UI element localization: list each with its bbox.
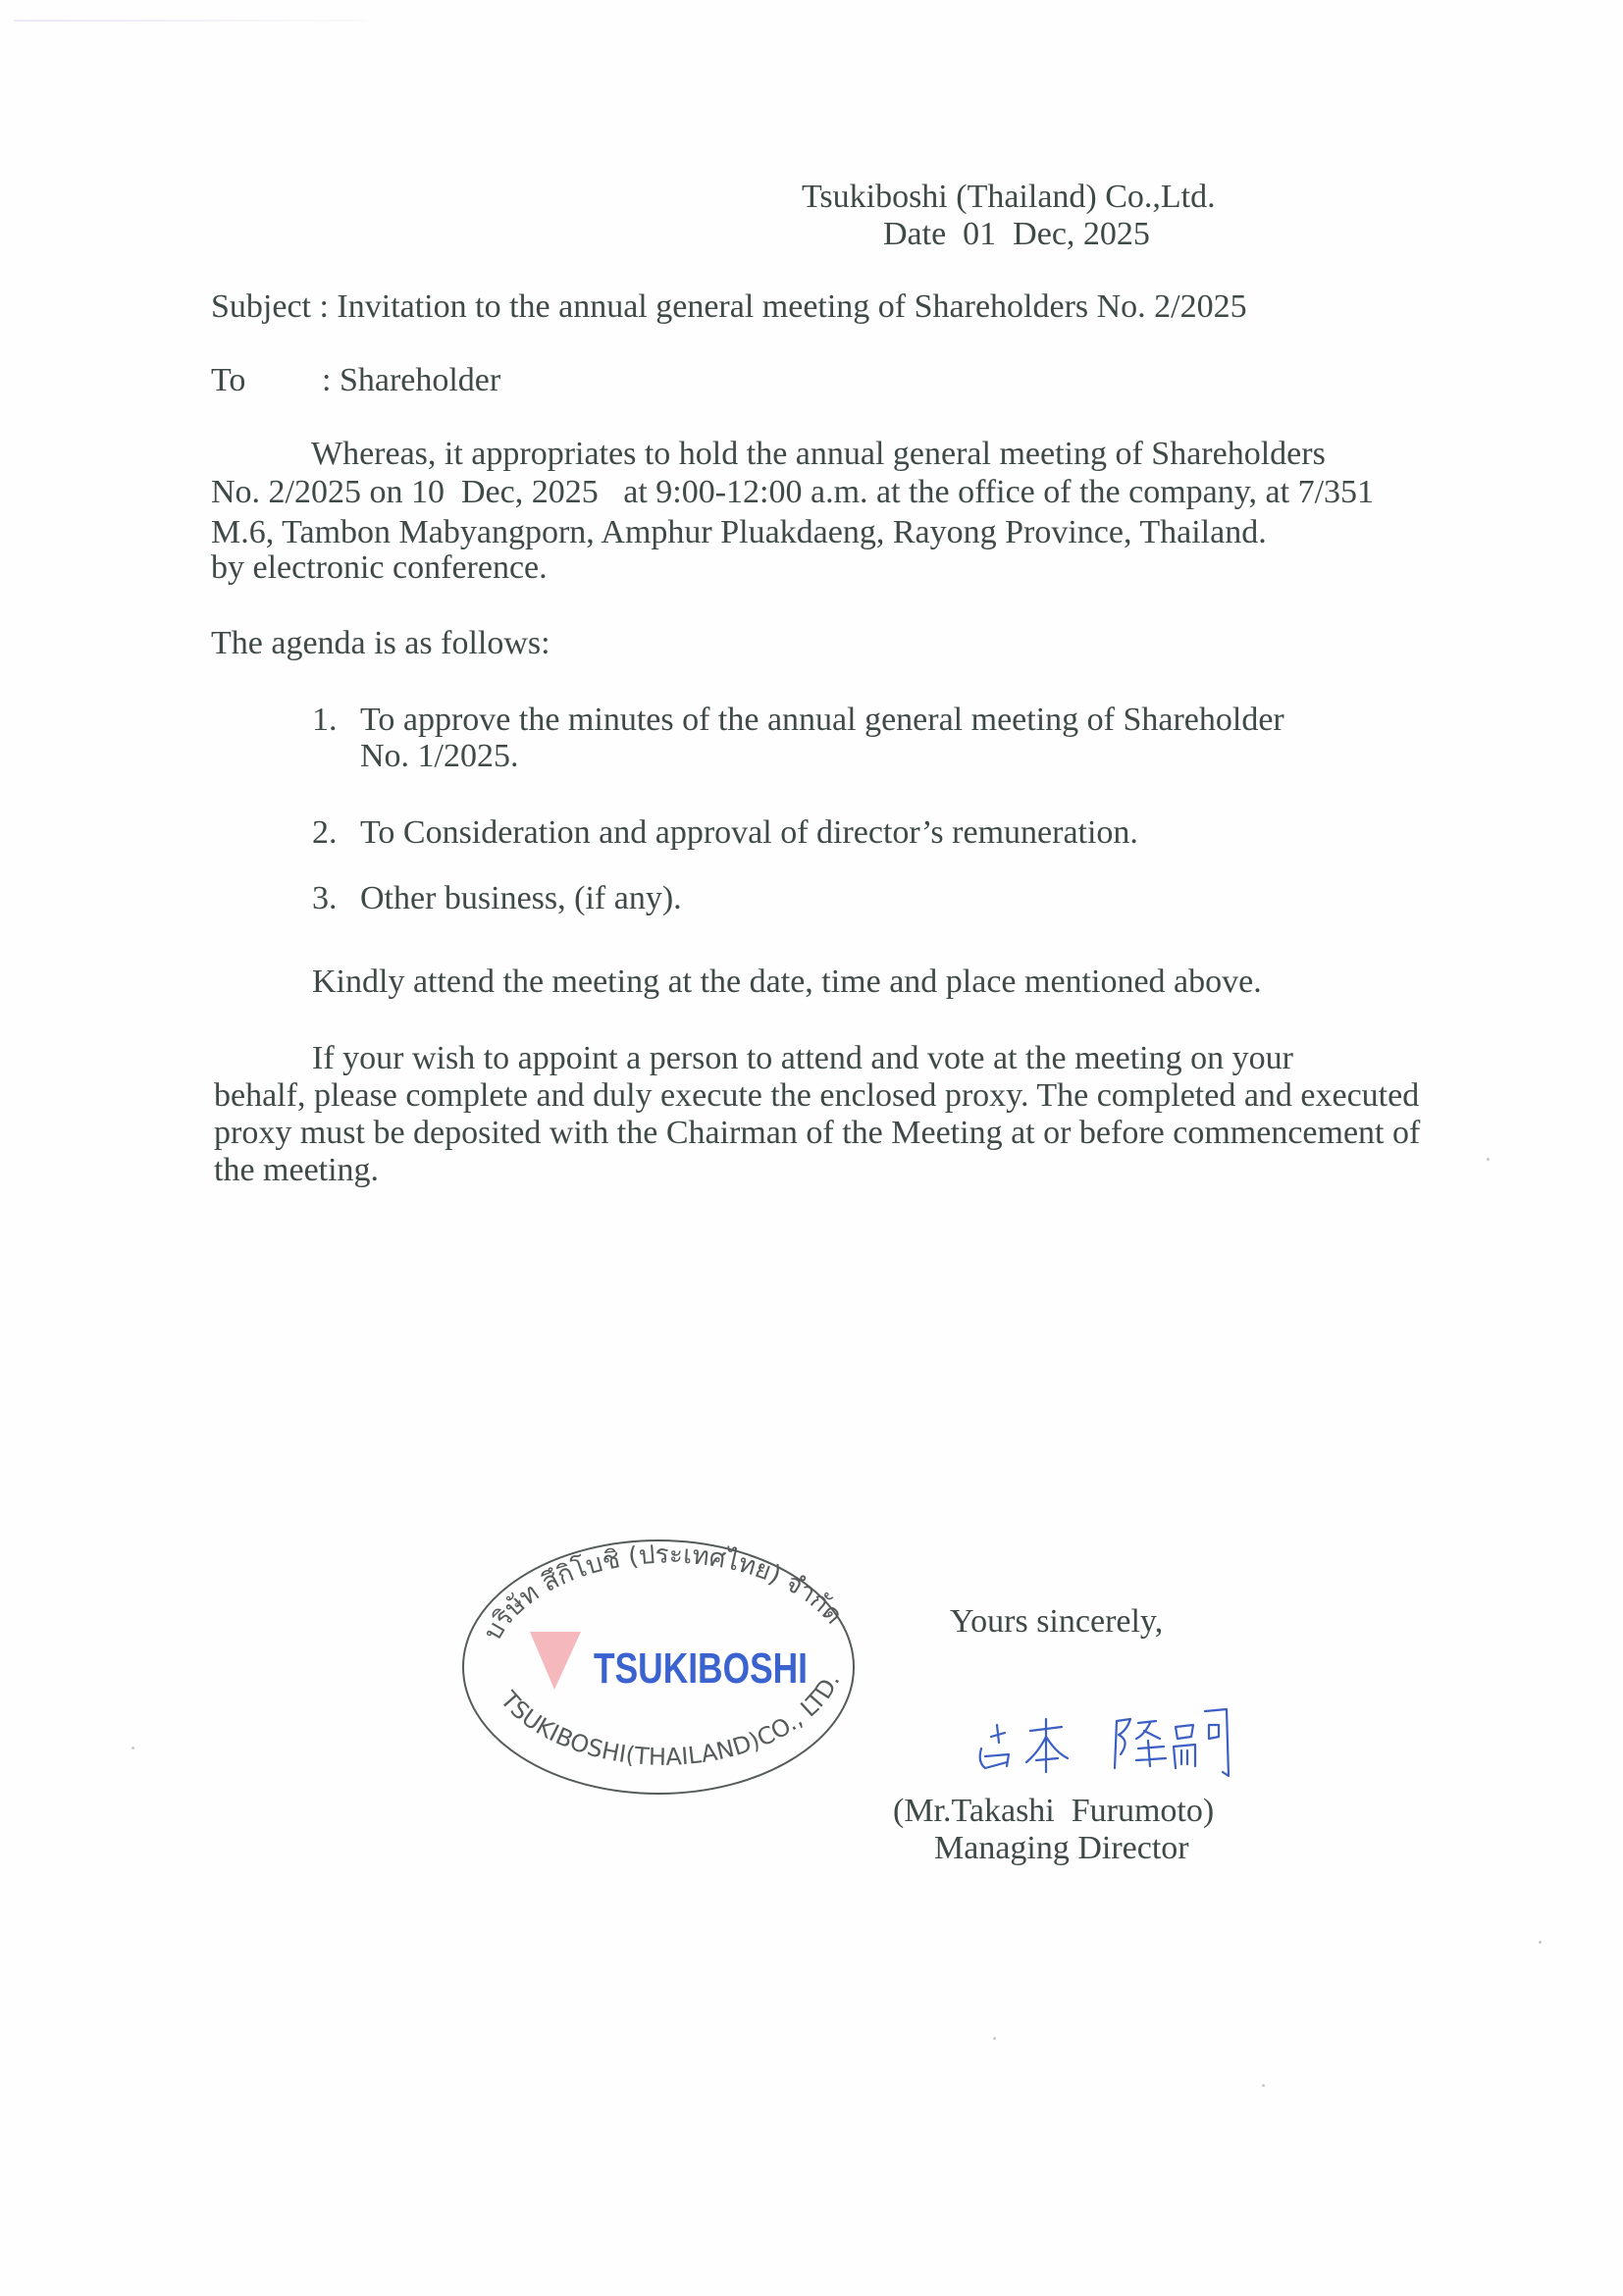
scan-artifact: [14, 20, 367, 22]
stamp-thai-text: บริษัท สึกิโบชิ (ประเทศไทย) จำกัด: [478, 1540, 848, 1646]
intro-line-4: by electronic conference.: [211, 551, 548, 585]
attend-note: Kindly attend the meeting at the date, t…: [312, 965, 1262, 999]
scan-speck: [993, 2037, 996, 2040]
scan-speck: [1487, 1158, 1490, 1161]
handwritten-signature: [971, 1697, 1236, 1781]
agenda-item-2-line-1: To Consideration and approval of directo…: [360, 816, 1138, 850]
stamp-logo-text: TSUKIBOSHI: [594, 1644, 808, 1693]
letter-date: Date 01 Dec, 2025: [883, 218, 1150, 251]
intro-line-3: M.6, Tambon Mabyangporn, Amphur Pluakdae…: [211, 516, 1267, 549]
agenda-item-3-line-1: Other business, (if any).: [360, 882, 682, 915]
proxy-line-3: proxy must be deposited with the Chairma…: [214, 1117, 1420, 1150]
agenda-heading: The agenda is as follows:: [211, 627, 550, 660]
signatory-name: (Mr.Takashi Furumoto): [893, 1795, 1214, 1828]
agenda-item-2-number: 2.: [312, 816, 338, 850]
company-seal-stamp: บริษัท สึกิโบชิ (ประเทศไทย) จำกัด TSUKIB…: [432, 1511, 883, 1825]
agenda-item-1-number: 1.: [312, 704, 338, 737]
to-recipient: : Shareholder: [322, 364, 500, 397]
to-label: To: [211, 364, 245, 397]
proxy-line-2: behalf, please complete and duly execute…: [214, 1079, 1419, 1113]
agenda-item-1-line-1: To approve the minutes of the annual gen…: [360, 704, 1284, 737]
agenda-item-3-number: 3.: [312, 882, 338, 915]
agenda-item-1-line-2: No. 1/2025.: [360, 740, 519, 773]
scan-speck: [131, 1747, 134, 1749]
intro-line-1: Whereas, it appropriates to hold the ann…: [311, 438, 1326, 471]
proxy-line-4: the meeting.: [214, 1154, 379, 1187]
scan-speck: [1262, 2084, 1265, 2087]
letter-page: Tsukiboshi (Thailand) Co.,Ltd. Date 01 D…: [0, 0, 1623, 2296]
closing-salutation: Yours sincerely,: [950, 1605, 1163, 1639]
intro-line-2: No. 2/2025 on 10 Dec, 2025 at 9:00-12:00…: [211, 476, 1374, 509]
scan-speck: [1539, 1941, 1542, 1944]
signatory-title: Managing Director: [934, 1832, 1189, 1865]
proxy-line-1: If your wish to appoint a person to atte…: [312, 1042, 1293, 1075]
subject-line: Subject : Invitation to the annual gener…: [211, 290, 1247, 324]
company-name: Tsukiboshi (Thailand) Co.,Ltd.: [802, 181, 1216, 214]
stamp-triangle-icon: [530, 1632, 581, 1690]
